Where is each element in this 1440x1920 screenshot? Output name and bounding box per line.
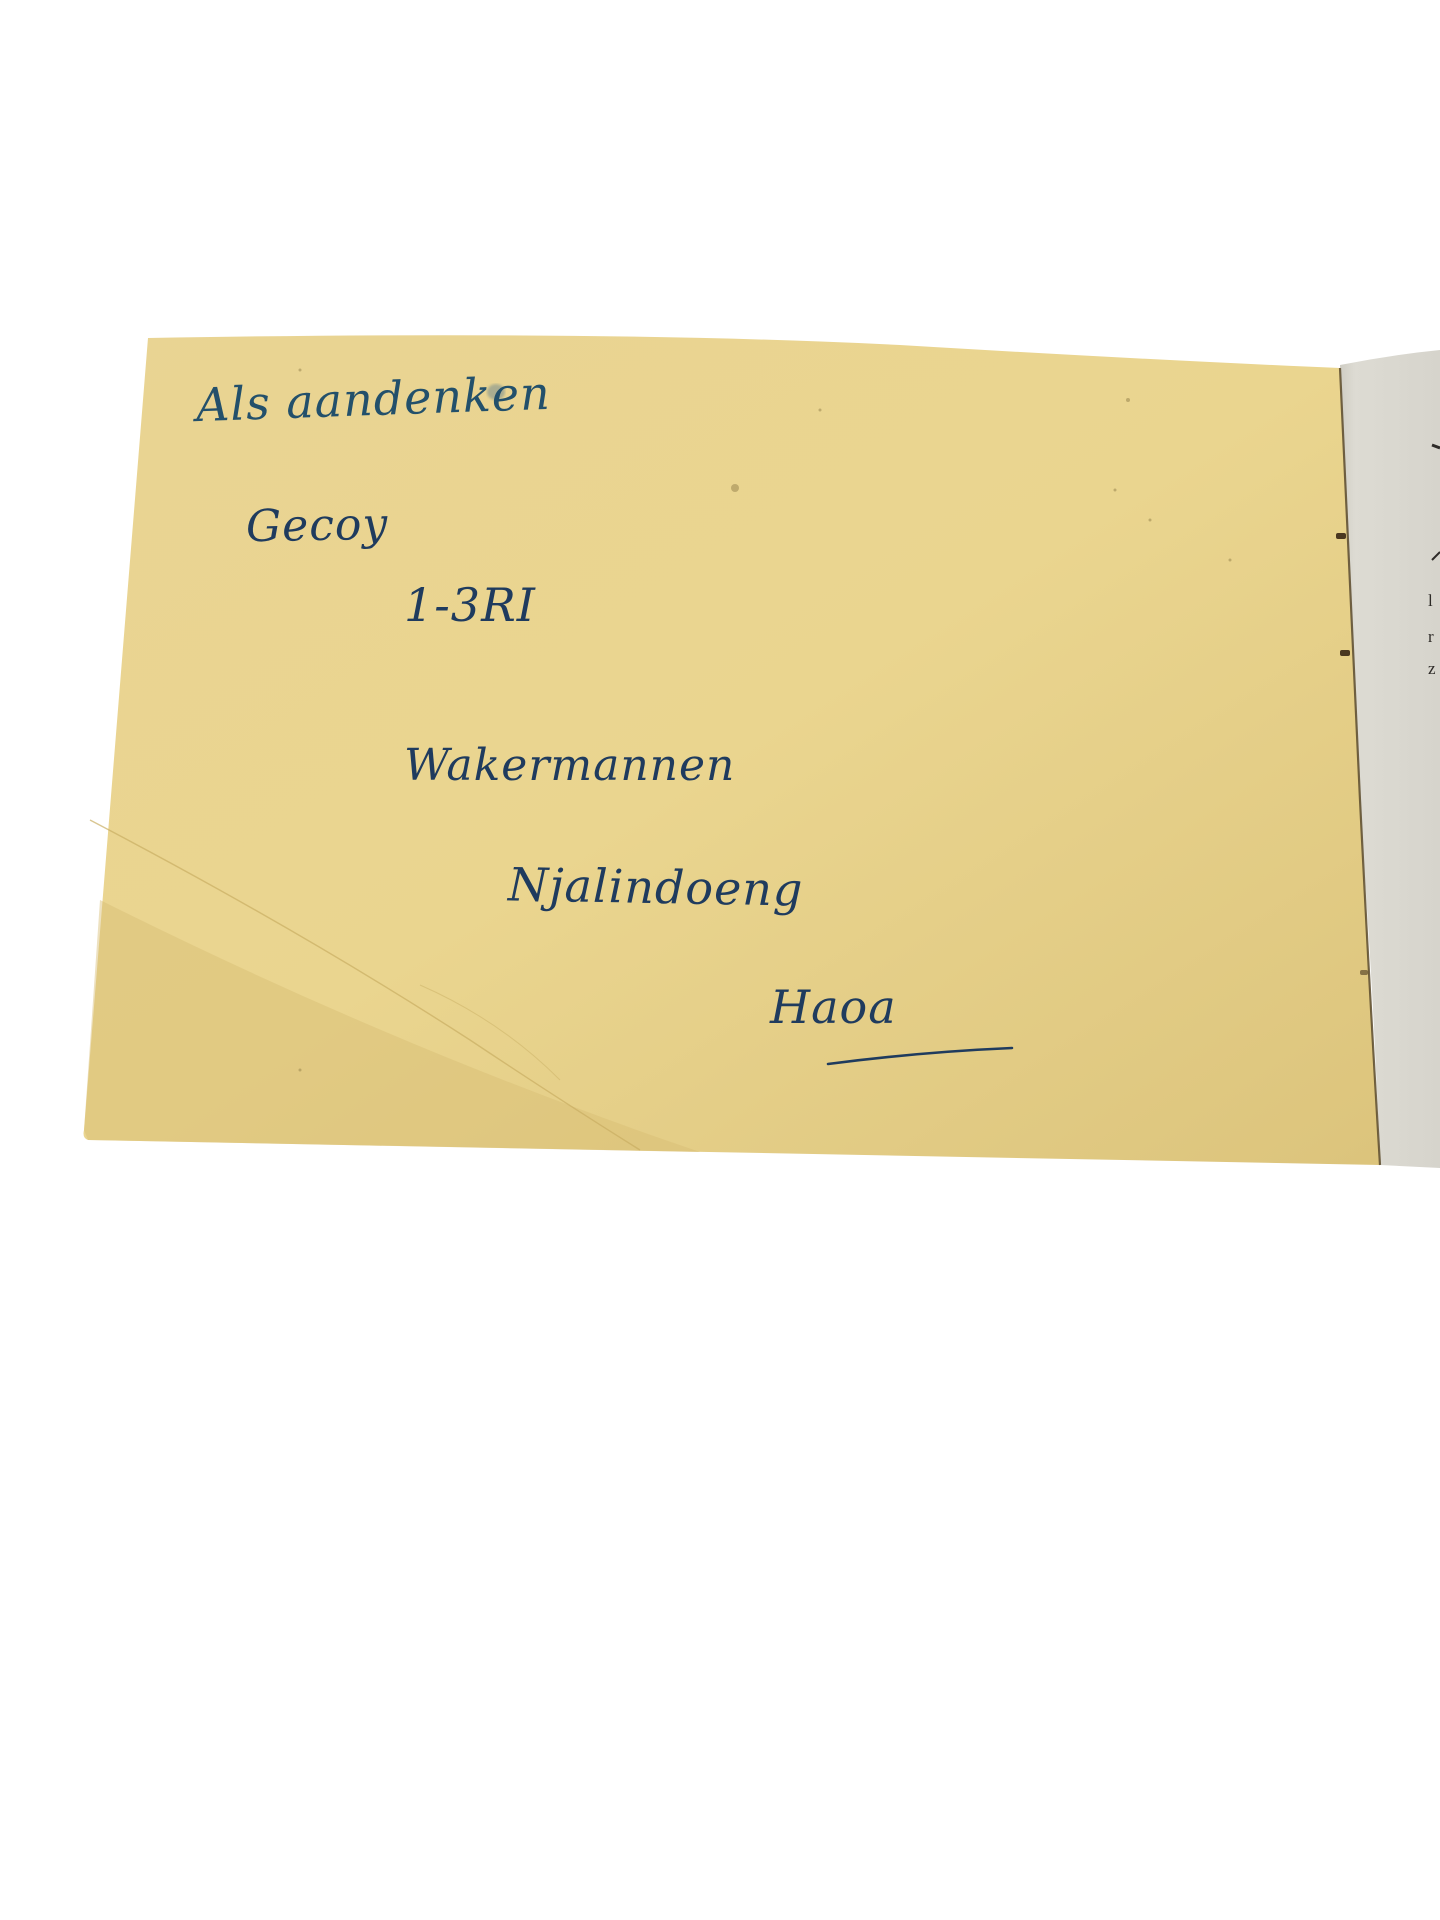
inscription-line-4: Wakermannen [404,740,735,791]
binding-stitch [1360,970,1368,975]
right-page-fragment: r [1428,628,1434,645]
photo-scene: l r z Als aandenken Gecoy 1-3RI Wakerman… [0,0,1440,1920]
inscription-signature: Haoa [770,980,897,1034]
inscription-line-3: 1-3RI [404,578,536,632]
inscription-line-5: Njalindoeng [508,857,804,916]
right-page-fragment: z [1428,660,1436,677]
inscription-line-2: Gecoy [246,499,389,552]
right-page-fragment: l [1428,592,1433,609]
binding-stitch [1336,533,1346,539]
notebook-spread [0,0,1440,1920]
binding-stitch [1340,650,1350,656]
